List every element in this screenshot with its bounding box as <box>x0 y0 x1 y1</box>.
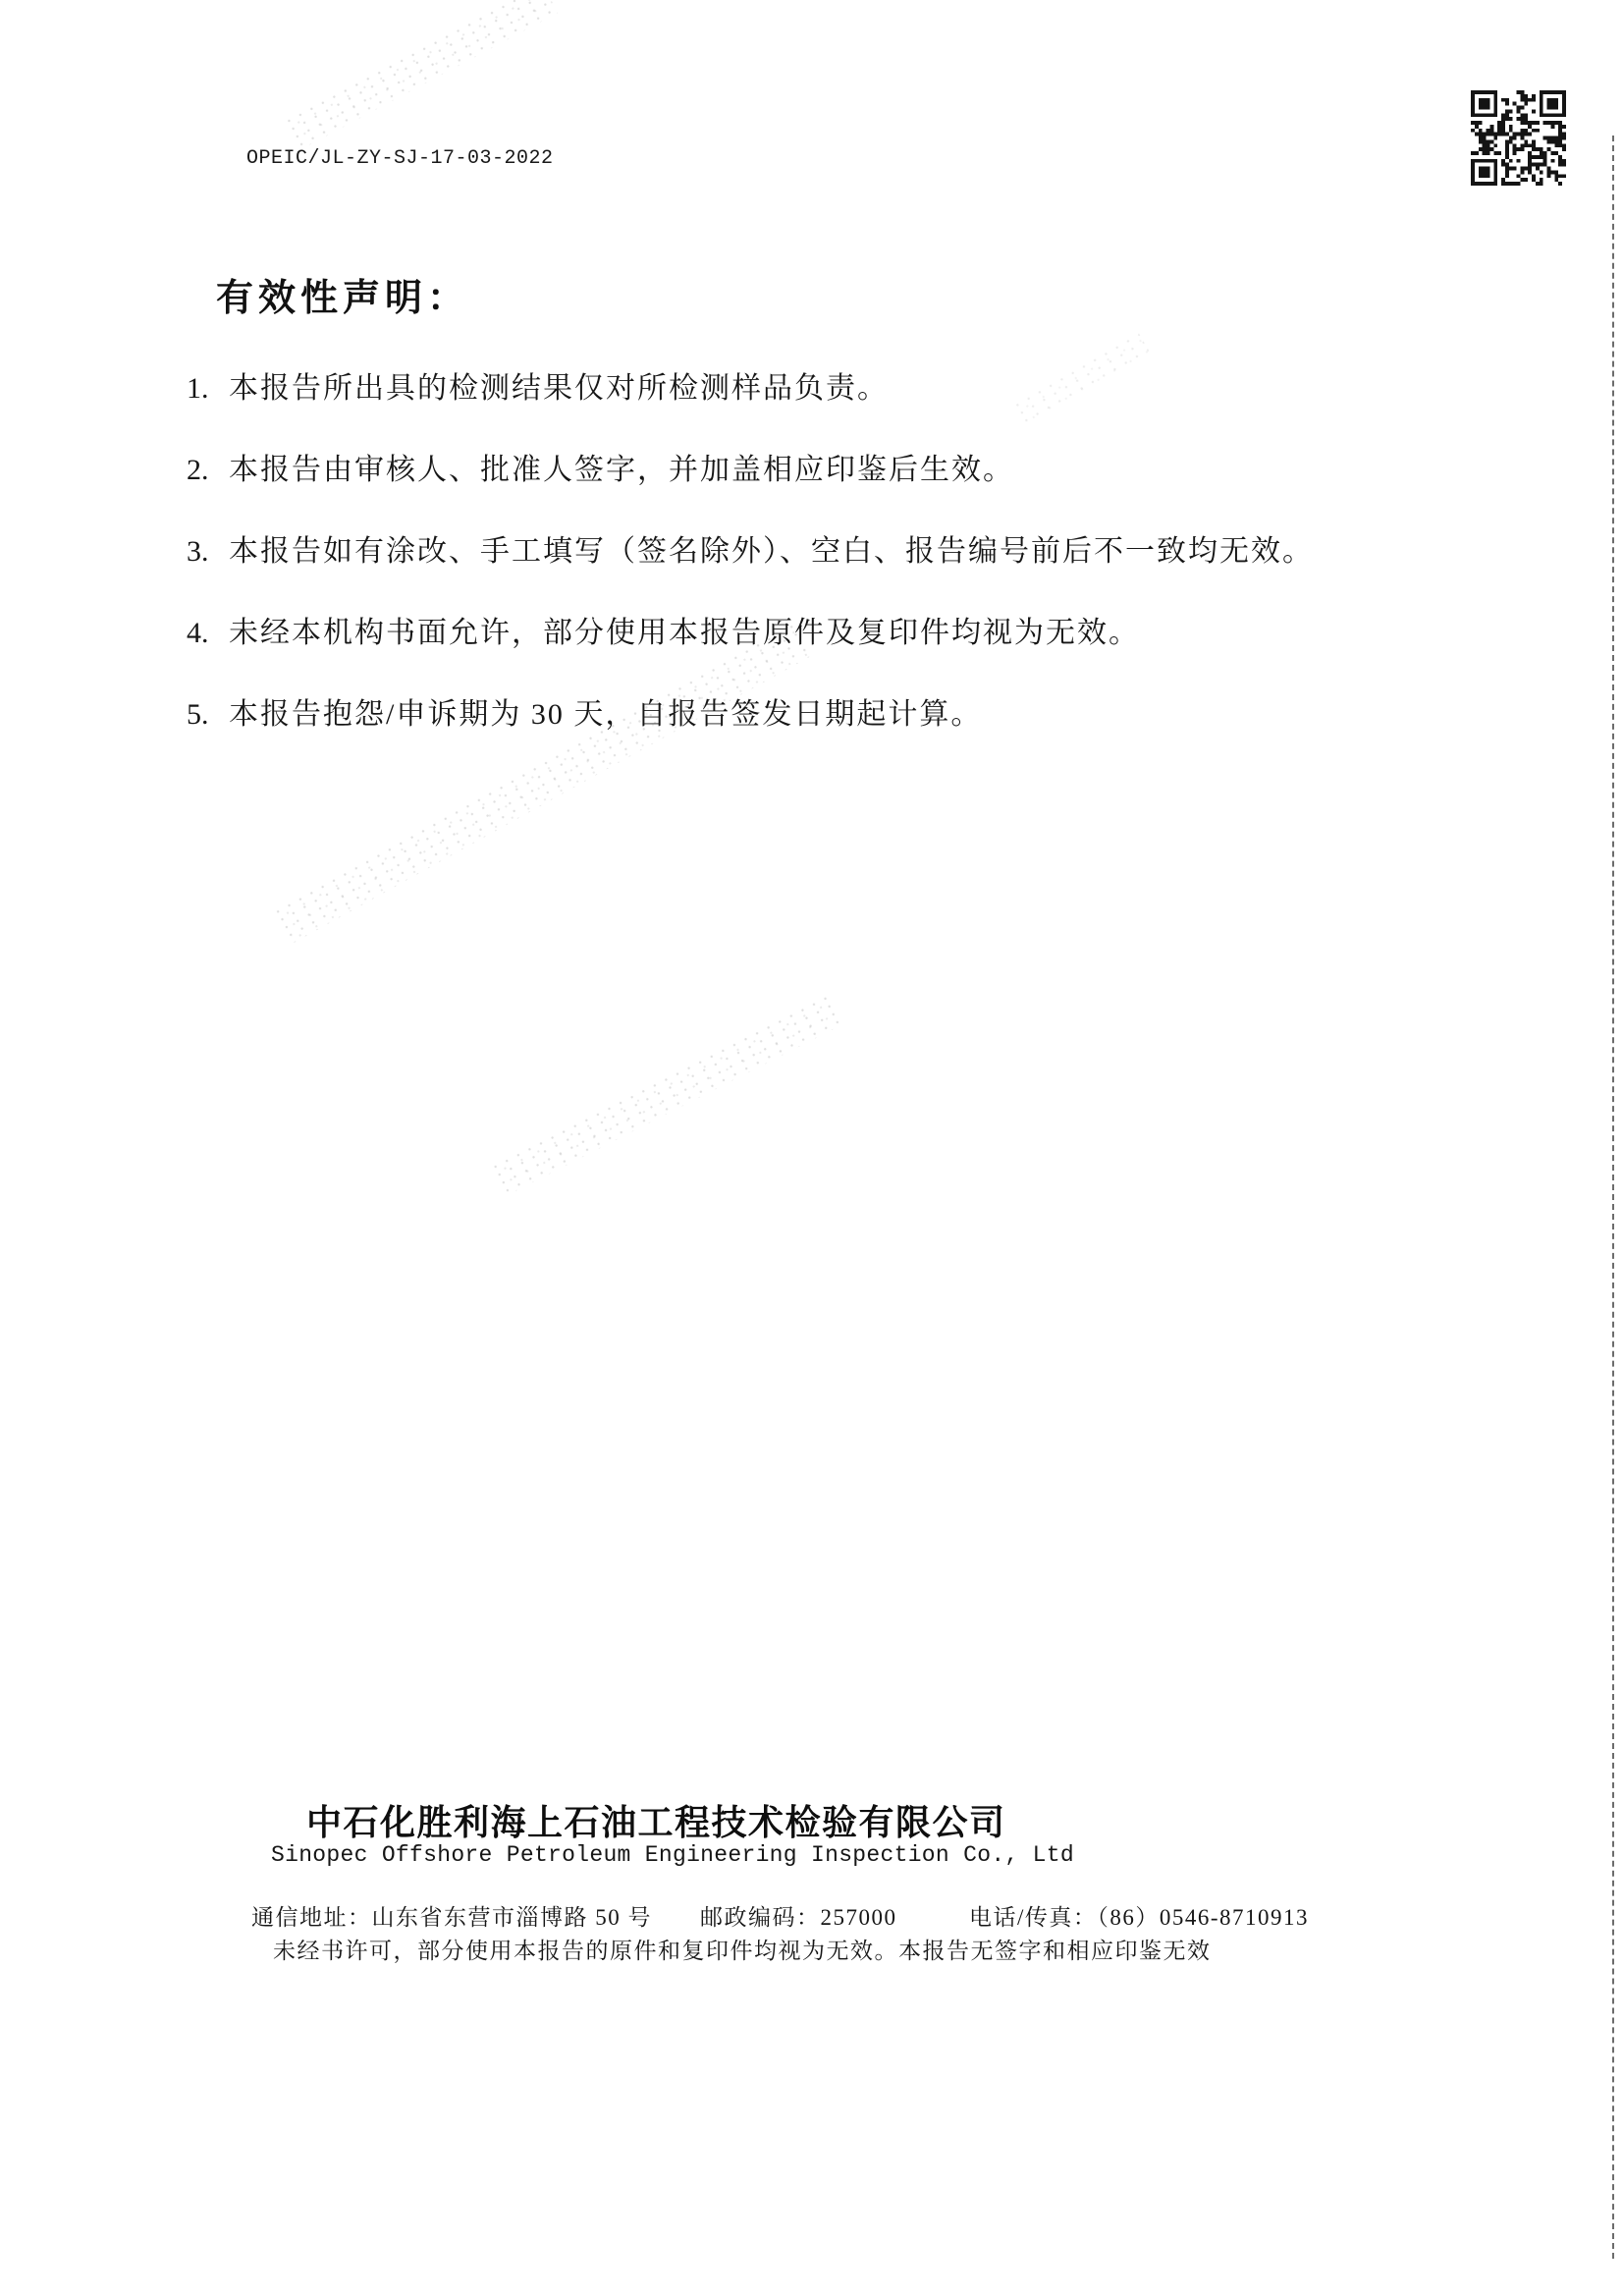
statement-text: 本报告所出具的检测结果仅对所检测样品负责。 <box>229 371 889 407</box>
statement-text: 未经本机构书面允许，部分使用本报告原件及复印件均视为无效。 <box>229 616 1140 651</box>
statement-item: 3. 本报告如有涂改、手工填写（签名除外）、空白、报告编号前后不一致均无效。 <box>187 534 1522 570</box>
page-edge-dashed-line <box>1612 136 1614 2259</box>
statement-item: 5. 本报告抱怨/申诉期为 30 天，自报告签发日期起计算。 <box>187 697 1522 733</box>
statement-text: 本报告抱怨/申诉期为 30 天，自报告签发日期起计算。 <box>229 697 982 733</box>
statement-number: 3. <box>187 534 220 570</box>
footer-validity-note: 未经书许可，部分使用本报告的原件和复印件均视为无效。本报告无签字和相应印鉴无效 <box>273 1933 1212 1965</box>
company-address: 通信地址：山东省东营市淄博路 50 号 邮政编码：257000 电话/传真：（8… <box>251 1899 1309 1932</box>
statement-item: 1. 本报告所出具的检测结果仅对所检测样品负责。 <box>187 371 1522 407</box>
statement-list: 1. 本报告所出具的检测结果仅对所检测样品负责。 2. 本报告由审核人、批准人签… <box>187 371 1522 779</box>
statement-number: 1. <box>187 371 220 407</box>
statement-number: 4. <box>187 616 220 651</box>
statement-text: 本报告由审核人、批准人签字，并加盖相应印鉴后生效。 <box>229 453 1014 488</box>
statement-text: 本报告如有涂改、手工填写（签名除外）、空白、报告编号前后不一致均无效。 <box>229 534 1314 570</box>
company-name-en: Sinopec Offshore Petroleum Engineering I… <box>271 1842 1074 1868</box>
statement-item: 2. 本报告由审核人、批准人签字，并加盖相应印鉴后生效。 <box>187 453 1522 488</box>
company-name-cn: 中石化胜利海上石油工程技术检验有限公司 <box>306 1795 1006 1845</box>
statement-number: 5. <box>187 697 220 733</box>
scan-speckle-band <box>488 994 840 1197</box>
document-code: OPEIC/JL-ZY-SJ-17-03-2022 <box>246 147 554 170</box>
scan-speckle-band <box>282 0 559 151</box>
statement-item: 4. 未经本机构书面允许，部分使用本报告原件及复印件均视为无效。 <box>187 616 1522 651</box>
page-title: 有效性声明： <box>216 267 469 321</box>
qr-code <box>1471 90 1566 186</box>
statement-number: 2. <box>187 453 220 488</box>
